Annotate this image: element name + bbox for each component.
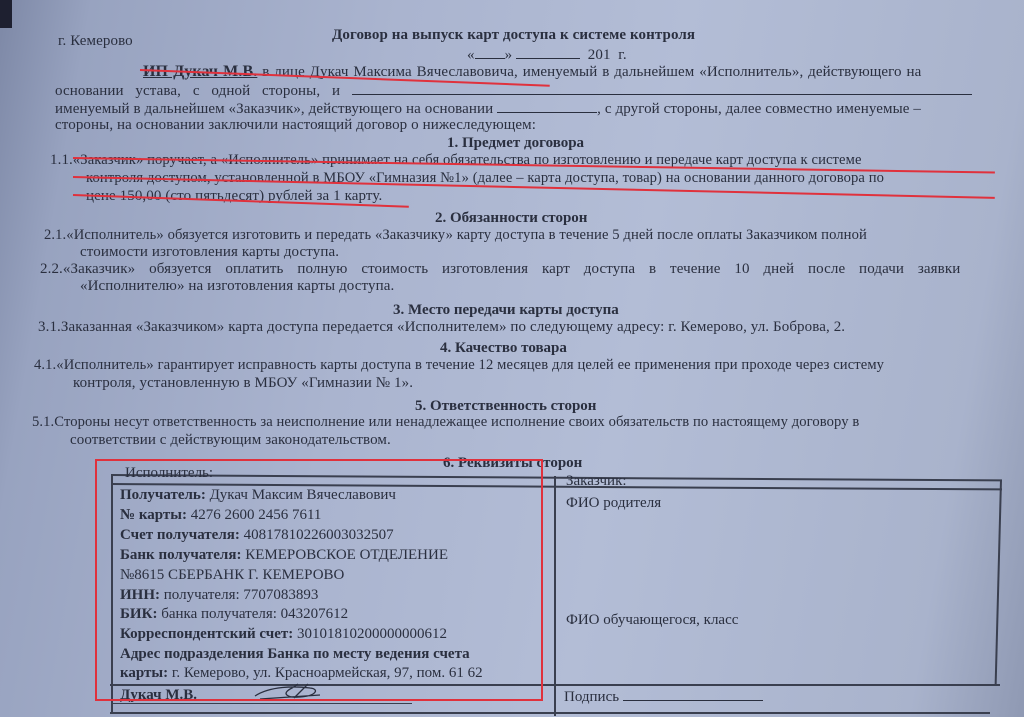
preamble-line-2-text: основании устава, с одной стороны, и [55,83,340,99]
clause-number: 2.1. [44,227,66,243]
parent-name-label: ФИО родителя [566,495,661,512]
section-1-heading: 1. Предмет договора [447,135,584,152]
clause-2-2: 2.2.«Заказчик» обязуется оплатить полную… [40,261,960,278]
clause-line: «Исполнитель» гарантирует исправность ка… [56,357,884,373]
date-year: 201 [588,47,611,63]
clause-3-1: 3.1.Заказанная «Заказчиком» карта доступ… [38,319,845,336]
clause-number: 3.1. [38,319,61,335]
clause-line: «Исполнитель» обязуется изготовить и пер… [66,227,867,243]
table-right-border [995,480,1002,686]
dark-background-corner [0,0,12,28]
city: г. Кемерово [58,33,133,50]
student-name-label: ФИО обучающегося, класс [566,612,738,629]
clause-2-2-line-2: «Исполнителю» на изготовления карты дост… [80,278,394,295]
clause-4-1-line-2: контроля, установленную в МБОУ «Гимназии… [73,375,413,392]
customer-signature-blank[interactable] [623,688,763,701]
clause-number: 1.1. [50,152,73,168]
day-blank [475,46,505,59]
clause-line: «Заказчик» обязуется оплатить полную сто… [63,261,960,277]
clause-line: Стороны несут ответственность за неиспол… [54,414,859,430]
preamble-line-4: стороны, на основании заключили настоящи… [55,117,536,134]
clause-5-1-line-2: соответствии с действующим законодательс… [70,432,391,449]
document-title: Договор на выпуск карт доступа к системе… [332,27,695,44]
section-5-heading: 5. Ответственность сторон [415,398,596,415]
clause-2-1: 2.1.«Исполнитель» обязуется изготовить и… [44,227,867,244]
clause-5-1: 5.1.Стороны несут ответственность за неи… [32,414,859,431]
customer-name-blank [352,82,972,95]
section-4-heading: 4. Качество товара [440,340,567,357]
preamble-line-3-start: именуемый в дальнейшем «Заказчик», дейст… [55,101,493,117]
section-3-heading: 3. Место передачи карты доступа [393,302,619,319]
section-2-heading: 2. Обязанности сторон [435,210,587,227]
clause-4-1: 4.1.«Исполнитель» гарантирует исправност… [34,357,884,374]
basis-blank [497,100,597,113]
clause-line: Заказанная «Заказчиком» карта доступа пе… [61,319,845,335]
clause-2-1-line-2: стоимости изготовления карты доступа. [80,244,339,261]
table-middle-divider [554,476,556,716]
clause-number: 5.1. [32,414,54,430]
preamble-line-3-end: , с другой стороны, далее совместно имен… [597,101,921,117]
customer-signature: Подпись [564,688,763,706]
highlight-box-executor-requisites [95,459,543,701]
date-line: «» 201 г. [467,46,627,64]
clause-number: 2.2. [40,261,63,277]
table-bottom-border [110,712,990,714]
month-blank [516,46,580,59]
date-open-quote: « [467,47,475,63]
executor-signature-line [112,703,412,704]
date-suffix: г. [618,47,626,63]
signature-label: Подпись [564,689,619,705]
preamble-line-1: ИП Дукач М.В. в лице Дукач Максима Вячес… [143,63,921,81]
clause-number: 4.1. [34,357,56,373]
customer-header: Заказчик: [566,473,627,490]
preamble-line-3: именуемый в дальнейшем «Заказчик», дейст… [55,100,921,118]
date-close-quote: » [505,47,513,63]
